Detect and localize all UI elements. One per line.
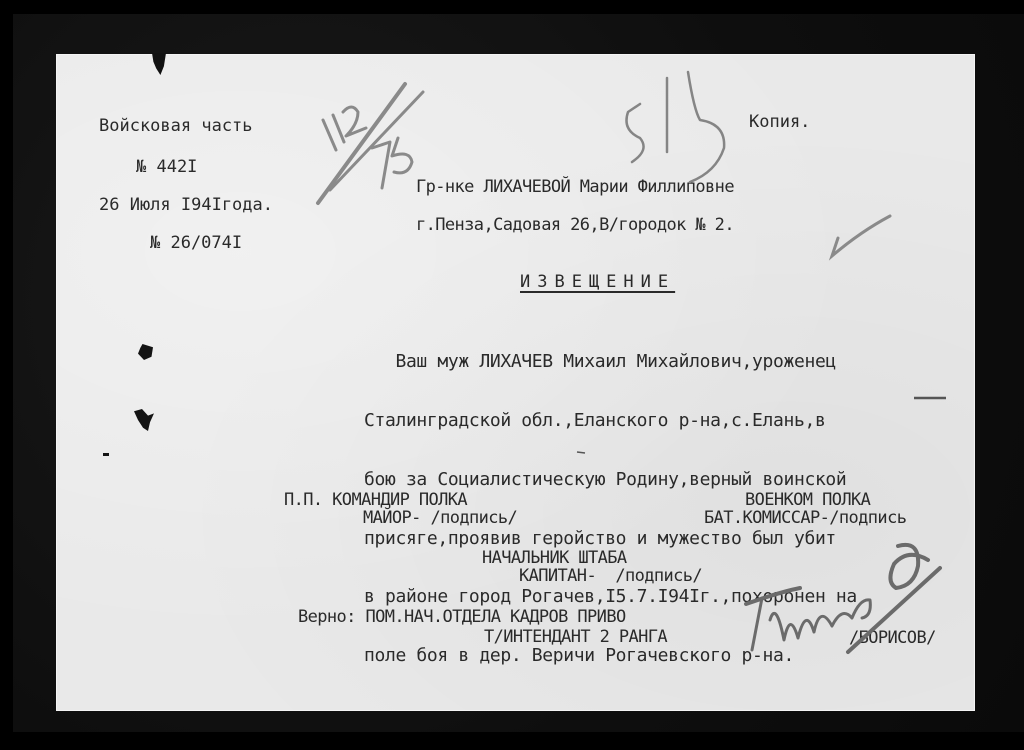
body-line: Сталинградской обл.,Еланского р-на,с.Ела… bbox=[364, 411, 857, 431]
verifier-name: /БОРИСОВ/ bbox=[849, 628, 936, 648]
unit-label: Войсковая часть bbox=[99, 116, 253, 136]
document-date: 26 Июля I94Iгода. bbox=[99, 195, 273, 215]
commissar-title: ВОЕНКОМ ПОЛКА bbox=[745, 490, 870, 510]
document-page: Войсковая часть № 442I 26 Июля I94Iгода.… bbox=[57, 55, 974, 710]
unit-number: № 442I bbox=[136, 157, 197, 177]
scan-background: Войсковая часть № 442I 26 Июля I94Iгода.… bbox=[0, 0, 1024, 750]
body-line: бою за Социалистическую Родину,верный во… bbox=[364, 470, 857, 490]
scan-border-left bbox=[0, 0, 13, 750]
document-title: ИЗВЕЩЕНИЕ bbox=[520, 272, 675, 292]
body-line: в районе город Рогачев,I5.7.I94Iг.,похор… bbox=[364, 587, 857, 607]
verified-line-2: Т/ИНТЕНДАНТ 2 РАНГА bbox=[484, 627, 667, 647]
paper-tear bbox=[152, 53, 166, 75]
scan-border-bottom bbox=[0, 732, 1024, 750]
body-line: поле боя в дер. Веричи Рогачевского р-на… bbox=[364, 646, 857, 666]
verified-line-1: Верно: ПОМ.НАЧ.ОТДЕЛА КАДРОВ ПРИВО bbox=[298, 607, 626, 627]
ink-blot bbox=[134, 409, 154, 431]
ink-blot bbox=[138, 344, 153, 360]
body-line: присяге,проявив геройство и мужество был… bbox=[364, 529, 857, 549]
outgoing-number: № 26/074I bbox=[150, 233, 242, 253]
copy-label: Копия. bbox=[749, 112, 810, 132]
commissar-rank: БАТ.КОМИССАР-/подпись bbox=[704, 508, 906, 528]
recipient-address: г.Пенза,Садовая 26,В/городок № 2. bbox=[416, 215, 734, 235]
recipient-name: Гр-нке ЛИХАЧЕВОЙ Марии Филлиповне bbox=[416, 177, 734, 197]
commander-title: П.П. КОМАНДИР ПОЛКА bbox=[284, 490, 467, 510]
chief-of-staff-title: НАЧАЛЬНИК ШТАБА bbox=[482, 548, 627, 568]
ink-blot bbox=[103, 453, 109, 456]
body-line: Ваш муж ЛИХАЧЕВ Михаил Михайлович,урожен… bbox=[364, 352, 857, 372]
chief-of-staff-rank: КАПИТАН- /подпись/ bbox=[519, 566, 702, 586]
scan-border-top bbox=[0, 0, 1024, 14]
commander-rank: МАЙОР- /подпись/ bbox=[363, 508, 517, 528]
